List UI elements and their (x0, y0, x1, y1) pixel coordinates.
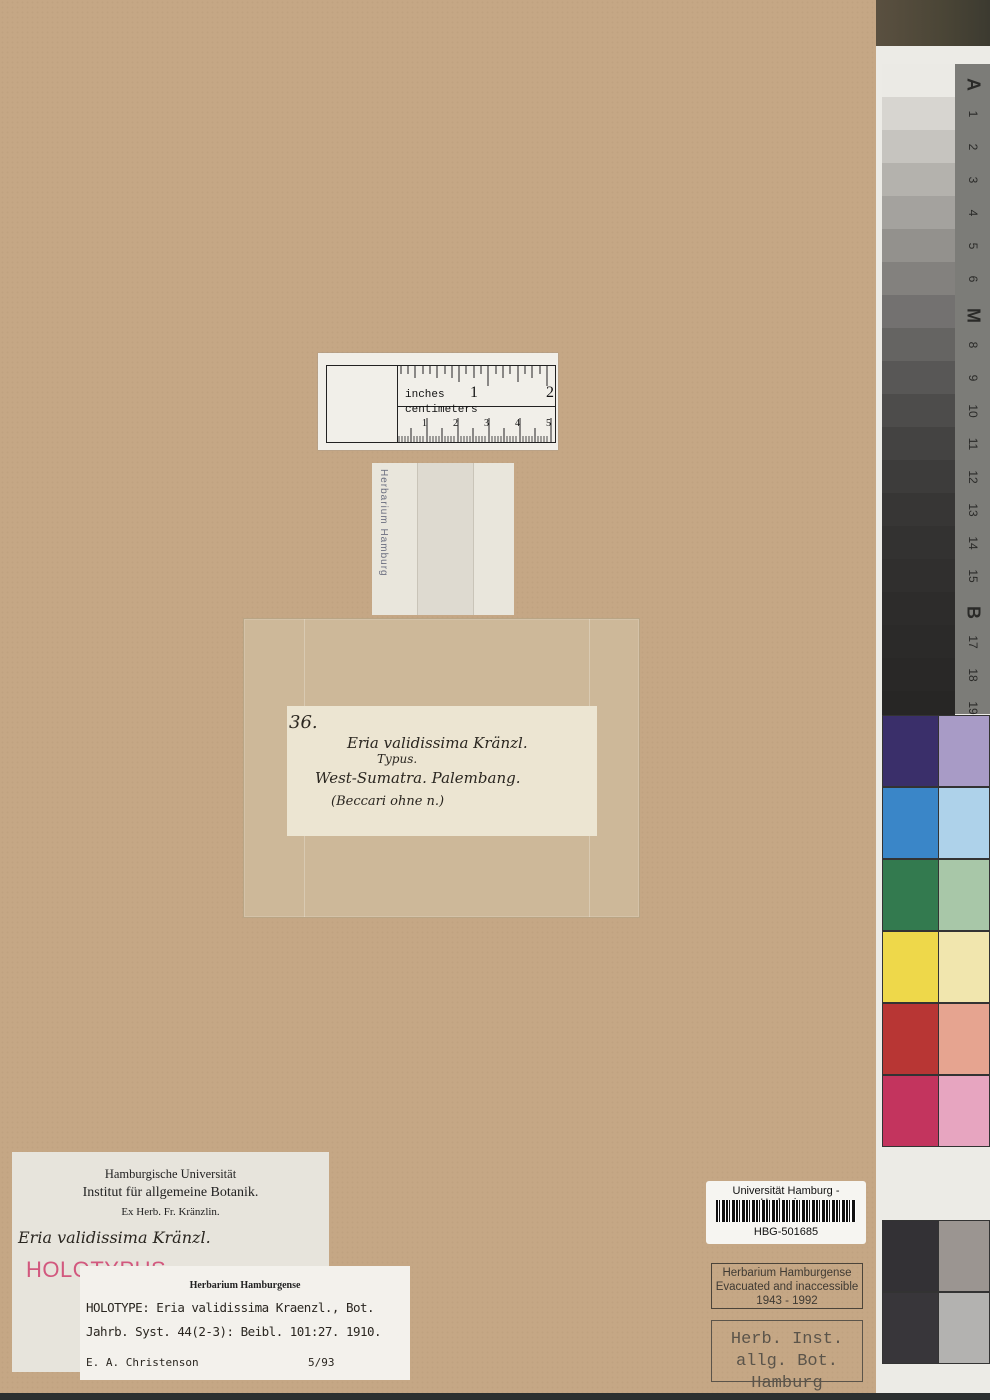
paper-strip: Herbarium Hamburg (372, 463, 514, 615)
color-swatch (938, 1003, 990, 1075)
collection-number: 36. (289, 712, 318, 733)
gray-scale-label: 2 (966, 130, 980, 164)
gray-scale-label: 18 (966, 658, 980, 692)
gray-patch (882, 97, 955, 130)
cm-number: 4 (515, 418, 520, 429)
holotype-label: Herbarium Hamburgense HOLOTYPE: Eria val… (80, 1266, 410, 1380)
gray-scale-label: 9 (966, 361, 980, 395)
herbarium-source: Ex Herb. Fr. Kränzlin. (12, 1206, 329, 1218)
gray-patch (882, 361, 955, 394)
barcode-label: Universität Hamburg - Herbarium HBG-5016… (706, 1181, 866, 1244)
color-swatch (938, 715, 990, 787)
gray-scale-label: 13 (966, 493, 980, 527)
inches-label: inches (405, 389, 445, 401)
university-name: Hamburgische Universität (12, 1167, 329, 1182)
annotator-name: E. A. Christenson (86, 1356, 199, 1369)
centimeters-label: centimeters (405, 404, 478, 416)
type-note: Typus. (377, 752, 417, 766)
ruler-blank-area (327, 366, 398, 442)
color-swatch (882, 1075, 939, 1147)
gray-patch (882, 328, 955, 361)
scan-background (876, 0, 990, 46)
gray-patch (882, 295, 955, 328)
color-swatch (882, 1003, 939, 1075)
gray-scale-label: 15 (966, 559, 980, 593)
cm-number: 1 (422, 418, 427, 429)
scale-ruler: inches 1 2 centimeters 1 2 3 4 5 (318, 353, 558, 450)
gray-patch (882, 130, 955, 163)
gray-patch (882, 229, 955, 262)
holotype-label-header: Herbarium Hamburgense (80, 1280, 410, 1291)
evacuation-stamp: Herbarium Hamburgense Evacuated and inac… (711, 1263, 863, 1309)
gray-scale-label: 14 (966, 526, 980, 560)
holotype-citation-line1: HOLOTYPE: Eria validissima Kraenzl., Bot… (86, 1300, 374, 1315)
determination-label: 36. Eria validissima Kränzl. Typus. West… (287, 706, 597, 836)
gray-patch (882, 196, 955, 229)
annotation-date: 5/93 (308, 1356, 335, 1369)
gray-scale-label: 3 (966, 163, 980, 197)
strip-band (417, 463, 474, 615)
handwritten-taxon: Eria validissima Kränzl. (18, 1228, 211, 1247)
cm-number: 5 (546, 418, 551, 429)
gray-patch (882, 460, 955, 493)
gray-patch (882, 592, 955, 625)
locality: West-Sumatra. Palembang. (315, 769, 520, 787)
barcode-icon (716, 1200, 856, 1222)
cm-number: 3 (484, 418, 489, 429)
gray-patch (882, 658, 955, 691)
gray-patch (882, 394, 955, 427)
inch-number: 2 (546, 384, 554, 402)
collector-note: (Beccari ohne n.) (331, 794, 444, 809)
color-swatch (882, 787, 939, 859)
gray-patch (882, 625, 955, 658)
color-swatch (938, 859, 990, 931)
stamp-line: Herb. Inst. allg. Bot. (712, 1329, 862, 1373)
barcode-id: HBG-501685 (706, 1226, 866, 1238)
gray-scale-label: 1 (966, 97, 980, 131)
stamp-line: Evacuated and inaccessible (712, 1280, 862, 1294)
gray-scale-label: 11 (966, 427, 980, 461)
color-swatch (882, 931, 939, 1003)
color-swatch (938, 787, 990, 859)
ruler-frame: inches 1 2 centimeters 1 2 3 4 5 (326, 365, 556, 443)
color-swatch (882, 715, 939, 787)
gray-patch (882, 493, 955, 526)
stamp-line: Herbarium Hamburgense (712, 1266, 862, 1280)
cm-number: 2 (453, 418, 458, 429)
gray-patch (882, 427, 955, 460)
gray-scale-patches (882, 64, 955, 724)
color-swatch (882, 1292, 939, 1364)
gray-scale-label: 4 (966, 196, 980, 230)
inch-number: 1 (470, 384, 478, 402)
color-swatch (938, 1220, 990, 1292)
holotype-citation-line2: Jahrb. Syst. 44(2-3): Beibl. 101:27. 191… (86, 1324, 381, 1339)
taxon-name: Eria validissima Kränzl. (347, 734, 528, 752)
color-swatch (938, 1292, 990, 1364)
color-swatch (882, 1220, 939, 1292)
gray-scale-label: 6 (966, 262, 980, 296)
gray-patch (882, 559, 955, 592)
stamp-line: Hamburg (712, 1373, 862, 1395)
gray-scale-label: 12 (966, 460, 980, 494)
color-swatch (938, 931, 990, 1003)
gray-scale-label: 17 (966, 625, 980, 659)
gray-patch (882, 262, 955, 295)
gray-scale-label: 5 (966, 229, 980, 263)
gray-patch (882, 526, 955, 559)
color-swatch (938, 1075, 990, 1147)
stamp-line: 1943 - 1992 (712, 1294, 862, 1308)
strip-text: Herbarium Hamburg (378, 469, 389, 577)
color-swatch (882, 859, 939, 931)
gray-patch (882, 64, 955, 97)
institute-name: Institut für allgemeine Botanik. (12, 1185, 329, 1201)
gray-scale-label: 8 (966, 328, 980, 362)
institute-stamp: Herb. Inst. allg. Bot. Hamburg (711, 1320, 863, 1382)
gray-patch (882, 163, 955, 196)
gray-scale-label: 10 (966, 394, 980, 428)
